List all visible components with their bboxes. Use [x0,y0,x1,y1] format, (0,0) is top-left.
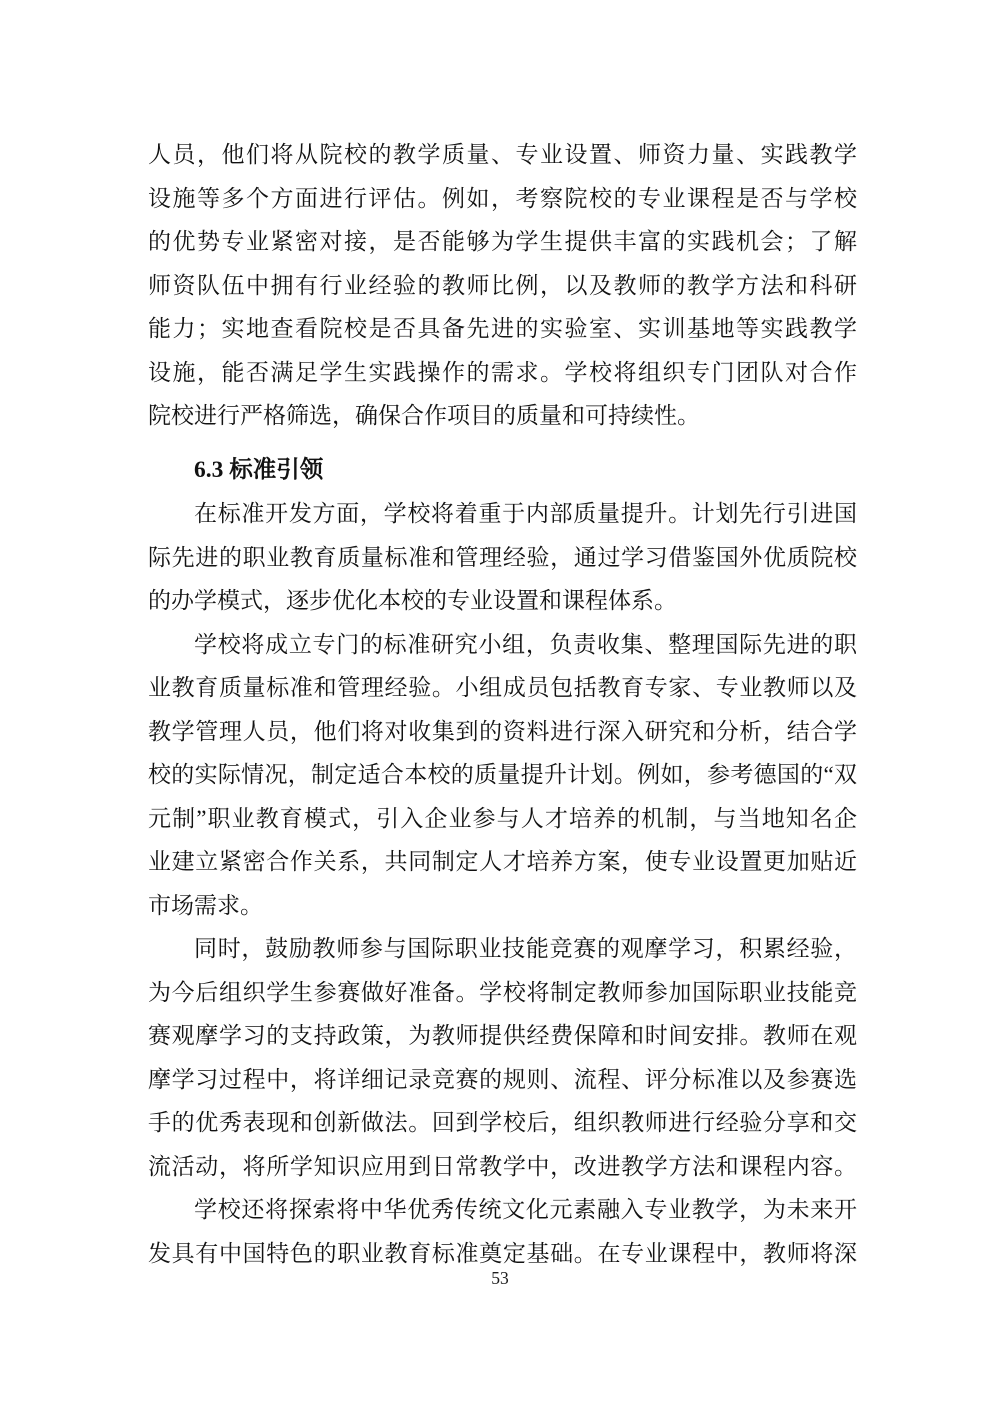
text-line: 摩学习过程中，将详细记录竞赛的规则、流程、评分标准以及参赛选 [148,1058,857,1102]
text-line: 流活动，将所学知识应用到日常教学中，改进教学方法和课程内容。 [148,1145,857,1189]
paragraph: 学校还将探索将中华优秀传统文化元素融入专业教学，为未来开发具有中国特色的职业教育… [148,1188,857,1275]
text-line: 学校将成立专门的标准研究小组，负责收集、整理国际先进的职 [148,623,857,667]
text-line: 院校进行严格筛选，确保合作项目的质量和可持续性。 [148,394,857,438]
page-number: 53 [0,1266,1000,1290]
text-line: 元制”职业教育模式，引入企业参与人才培养的机制，与当地知名企 [148,797,857,841]
text-line: 的优势专业紧密对接，是否能够为学生提供丰富的实践机会；了解 [148,220,857,264]
text-line: 市场需求。 [148,884,857,928]
text-line: 校的实际情况，制定适合本校的质量提升计划。例如，参考德国的“双 [148,753,857,797]
text-line: 师资队伍中拥有行业经验的教师比例，以及教师的教学方法和科研 [148,264,857,308]
text-line: 业建立紧密合作关系，共同制定人才培养方案，使专业设置更加贴近 [148,840,857,884]
text-line: 际先进的职业教育质量标准和管理经验，通过学习借鉴国外优质院校 [148,536,857,580]
document-body: 人员，他们将从院校的教学质量、专业设置、师资力量、实践教学设施等多个方面进行评估… [148,133,857,1275]
paragraph: 同时，鼓励教师参与国际职业技能竞赛的观摩学习，积累经验，为今后组织学生参赛做好准… [148,927,857,1188]
text-line: 赛观摩学习的支持政策，为教师提供经费保障和时间安排。教师在观 [148,1014,857,1058]
text-line: 能力；实地查看院校是否具备先进的实验室、实训基地等实践教学 [148,307,857,351]
document-page: 人员，他们将从院校的教学质量、专业设置、师资力量、实践教学设施等多个方面进行评估… [0,0,1000,1414]
text-line: 人员，他们将从院校的教学质量、专业设置、师资力量、实践教学 [148,133,857,177]
paragraph: 在标准开发方面，学校将着重于内部质量提升。计划先行引进国际先进的职业教育质量标准… [148,492,857,623]
text-line: 的办学模式，逐步优化本校的专业设置和课程体系。 [148,579,857,623]
text-line: 教学管理人员，他们将对收集到的资料进行深入研究和分析，结合学 [148,710,857,754]
text-line: 同时，鼓励教师参与国际职业技能竞赛的观摩学习，积累经验， [148,927,857,971]
text-line: 手的优秀表现和创新做法。回到学校后，组织教师进行经验分享和交 [148,1101,857,1145]
text-line: 在标准开发方面，学校将着重于内部质量提升。计划先行引进国 [148,492,857,536]
text-line: 设施，能否满足学生实践操作的需求。学校将组织专门团队对合作 [148,351,857,395]
paragraph: 学校将成立专门的标准研究小组，负责收集、整理国际先进的职业教育质量标准和管理经验… [148,623,857,928]
text-line: 学校还将探索将中华优秀传统文化元素融入专业教学，为未来开 [148,1188,857,1232]
text-line: 业教育质量标准和管理经验。小组成员包括教育专家、专业教师以及 [148,666,857,710]
text-line: 为今后组织学生参赛做好准备。学校将制定教师参加国际职业技能竞 [148,971,857,1015]
section-heading: 6.3 标准引领 [148,449,857,493]
paragraph: 人员，他们将从院校的教学质量、专业设置、师资力量、实践教学设施等多个方面进行评估… [148,133,857,438]
text-line: 设施等多个方面进行评估。例如，考察院校的专业课程是否与学校 [148,177,857,221]
